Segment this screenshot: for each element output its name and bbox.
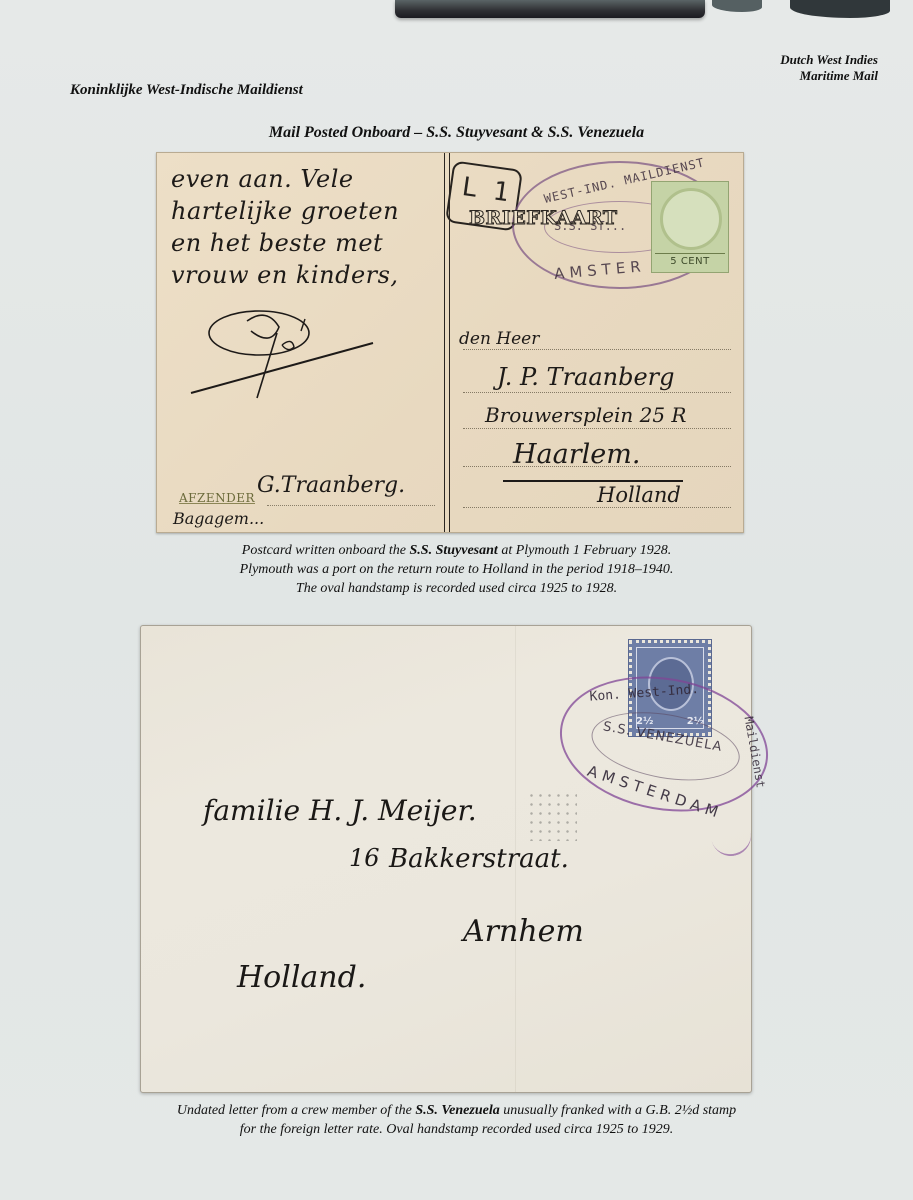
caption-text: Undated letter from a crew member of the <box>177 1103 415 1118</box>
caption-ship-name: S.S. Stuyvesant <box>410 543 498 558</box>
caption-text: at Plymouth 1 February 1928. <box>498 543 671 558</box>
sender-label: AFZENDER <box>179 491 255 505</box>
sender-note: Bagagem... <box>173 509 264 528</box>
caption-line-2: Plymouth was a port on the return route … <box>0 560 913 579</box>
address-salutation: den Heer <box>459 329 539 349</box>
briefkaart-title: BRIEFKAART <box>469 207 618 229</box>
caption-line-2: for the foreign letter rate. Oval handst… <box>0 1120 913 1139</box>
message-line: hartelijke groeten <box>171 195 431 227</box>
address-city: Arnhem <box>463 914 584 949</box>
address-line-2-number: 16 <box>349 844 380 872</box>
caption-line-1: Postcard written onboard the S.S. Stuyve… <box>0 541 913 560</box>
message-line: en het beste met <box>171 227 431 259</box>
address-city: Haarlem. <box>513 439 640 470</box>
sender-name: G.Traanberg. <box>257 473 405 498</box>
queen-portrait-icon <box>660 188 722 250</box>
postcard: even aan. Vele hartelijke groeten en het… <box>156 152 744 533</box>
postcard-message: even aan. Vele hartelijke groeten en het… <box>171 163 431 291</box>
address-dotted-line <box>463 428 731 429</box>
handstamp-top-text: Kon. West-Ind. <box>589 682 699 705</box>
city-underline <box>503 480 683 482</box>
indicium-stamp: 5 CENT <box>651 181 729 273</box>
address-dotted-line <box>463 507 731 508</box>
address-country: Holland. <box>237 960 366 995</box>
address-dotted-line <box>463 349 731 350</box>
registration-box-text: L 1 <box>460 172 511 208</box>
address-line-1: familie H. J. Meijer. <box>203 794 477 827</box>
series-title: Koninklijke West-Indische Maildienst <box>70 82 303 99</box>
caption-text: Postcard written onboard the <box>242 543 410 558</box>
binder-clip-edge <box>790 0 890 18</box>
collection-label: Dutch West Indies Maritime Mail <box>780 52 878 84</box>
handstamp-right-text: Maildienst <box>742 715 768 789</box>
caption-text: unusually franked with a G.B. 2½d stamp <box>500 1103 736 1118</box>
address-dotted-line <box>463 392 731 393</box>
address-country: Holland <box>597 483 681 507</box>
stamp-value: 5 CENT <box>655 253 725 269</box>
binder-clip <box>395 0 705 18</box>
address-line-2: Bakkerstraat. <box>389 844 569 874</box>
address-name: J. P. Traanberg <box>497 363 675 391</box>
address-street: Brouwersplein 25 R <box>485 403 687 427</box>
message-line: vrouw en kinders, <box>171 259 431 291</box>
handstamp-city-text: AMSTER <box>553 257 646 283</box>
caption-line-3: The oval handstamp is recorded used circ… <box>0 579 913 598</box>
message-line: even aan. Vele <box>171 163 431 195</box>
caption-line-1: Undated letter from a crew member of the… <box>0 1101 913 1120</box>
envelope: 2½ 2½ Kon. West-Ind. S.S. VENEZUELA AMST… <box>140 625 752 1093</box>
page-title: Mail Posted Onboard – S.S. Stuyvesant & … <box>0 124 913 142</box>
collection-line-1: Dutch West Indies <box>780 52 878 68</box>
faint-postmark <box>527 791 577 841</box>
caption-ship-name: S.S. Venezuela <box>415 1103 499 1118</box>
binder-clip-shadow <box>712 0 762 12</box>
signature-flourish-icon <box>187 303 407 413</box>
envelope-caption: Undated letter from a crew member of the… <box>0 1101 913 1139</box>
collection-line-2: Maritime Mail <box>780 68 878 84</box>
sender-dotted-line <box>267 505 435 506</box>
oval-handstamp: Kon. West-Ind. S.S. VENEZUELA AMSTERDAM … <box>549 661 779 827</box>
postcard-caption: Postcard written onboard the S.S. Stuyve… <box>0 541 913 598</box>
